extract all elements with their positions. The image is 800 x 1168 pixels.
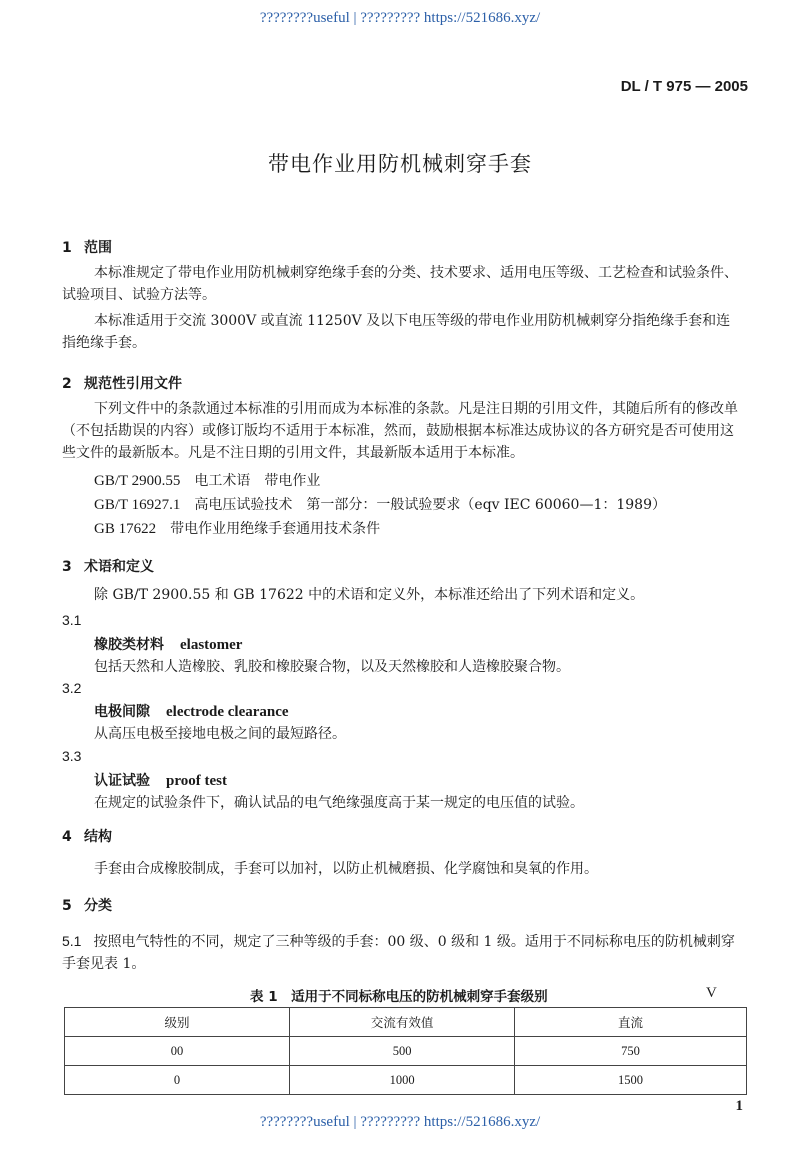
table-cell: 750 bbox=[515, 1037, 747, 1066]
section-3-heading: 3术语和定义 bbox=[62, 556, 154, 576]
section-number: 2 bbox=[62, 376, 84, 392]
term-en: electrode clearance bbox=[166, 704, 289, 720]
reference-code: GB 17622 bbox=[94, 521, 156, 538]
section-number: 4 bbox=[62, 829, 84, 845]
section-4-paragraph: 手套由合成橡胶制成，手套可以加衬，以防止机械磨损、化学腐蚀和臭氧的作用。 bbox=[62, 858, 744, 880]
term-zh: 橡胶类材料 bbox=[94, 637, 164, 653]
section-title: 结构 bbox=[84, 829, 112, 845]
table-header-row: 级别 交流有效值 直流 bbox=[65, 1008, 747, 1037]
reference-item: GB 17622带电作业用绝缘手套通用技术条件 bbox=[94, 518, 380, 538]
table-unit: V bbox=[706, 985, 717, 1002]
term-heading: 橡胶类材料elastomer bbox=[94, 634, 242, 654]
section-number: 5 bbox=[62, 898, 84, 914]
table-caption: 表 1 适用于不同标称电压的防机械刺穿手套级别 bbox=[250, 985, 548, 1005]
reference-code: GB/T 2900.55 bbox=[94, 473, 180, 490]
section-3-paragraph: 除 GB/T 2900.55 和 GB 17622 中的术语和定义外，本标准还给… bbox=[62, 584, 744, 606]
voltage-class-table: 级别 交流有效值 直流 00 500 750 0 1000 1500 bbox=[64, 1007, 747, 1095]
term-heading: 电极间隙electrode clearance bbox=[94, 701, 289, 721]
table-cell: 1500 bbox=[515, 1066, 747, 1095]
term-definition: 在规定的试验条件下，确认试品的电气绝缘强度高于某一规定的电压值的试验。 bbox=[94, 792, 584, 812]
standard-code: DL / T 975 — 2005 bbox=[621, 78, 748, 95]
reference-item: GB/T 2900.55电工术语 带电作业 bbox=[94, 470, 320, 490]
document-title: 带电作业用防机械刺穿手套 bbox=[0, 148, 800, 178]
term-number: 3.3 bbox=[62, 748, 81, 764]
table-header-cell: 级别 bbox=[65, 1008, 290, 1037]
section-number: 1 bbox=[62, 240, 84, 256]
term-en: elastomer bbox=[180, 637, 242, 653]
term-number: 3.2 bbox=[62, 680, 81, 696]
subsection-text: 按照电气特性的不同，规定了三种等级的手套：00 级、0 级和 1 级。适用于不同… bbox=[62, 934, 735, 972]
section-2-heading: 2规范性引用文件 bbox=[62, 373, 182, 393]
section-title: 术语和定义 bbox=[84, 559, 154, 575]
section-title: 分类 bbox=[84, 898, 112, 914]
reference-item: GB/T 16927.1高电压试验技术 第一部分：一般试验要求（eqv IEC … bbox=[94, 494, 666, 514]
page-number: 1 bbox=[736, 1098, 744, 1115]
section-number: 3 bbox=[62, 559, 84, 575]
term-zh: 电极间隙 bbox=[94, 704, 150, 720]
term-definition: 包括天然和人造橡胶、乳胶和橡胶聚合物，以及天然橡胶和人造橡胶聚合物。 bbox=[94, 656, 570, 676]
table-cell: 0 bbox=[65, 1066, 290, 1095]
reference-title: 电工术语 带电作业 bbox=[194, 473, 320, 489]
section-5-heading: 5分类 bbox=[62, 895, 112, 915]
section-title: 规范性引用文件 bbox=[84, 376, 182, 392]
table-cell: 1000 bbox=[290, 1066, 515, 1095]
table-cell: 500 bbox=[290, 1037, 515, 1066]
table-row: 00 500 750 bbox=[65, 1037, 747, 1066]
section-title: 范围 bbox=[84, 240, 112, 256]
section-1-paragraph-1: 本标准规定了带电作业用防机械刺穿绝缘手套的分类、技术要求、适用电压等级、工艺检查… bbox=[62, 262, 744, 306]
reference-title: 带电作业用绝缘手套通用技术条件 bbox=[170, 521, 380, 537]
reference-title: 高电压试验技术 第一部分：一般试验要求（eqv IEC 60060—1：1989… bbox=[194, 497, 666, 513]
term-heading: 认证试验proof test bbox=[94, 770, 227, 790]
watermark-bottom: ????????useful | ????????? https://52168… bbox=[0, 1114, 800, 1131]
subsection-number: 5.1 bbox=[62, 933, 81, 949]
watermark-top: ????????useful | ????????? https://52168… bbox=[0, 10, 800, 27]
section-2-paragraph: 下列文件中的条款通过本标准的引用而成为本标准的条款。凡是注日期的引用文件，其随后… bbox=[62, 398, 744, 464]
term-zh: 认证试验 bbox=[94, 773, 150, 789]
section-1-paragraph-2: 本标准适用于交流 3000V 或直流 11250V 及以下电压等级的带电作业用防… bbox=[62, 310, 744, 354]
section-1-heading: 1范围 bbox=[62, 237, 112, 257]
table-header-cell: 直流 bbox=[515, 1008, 747, 1037]
table-cell: 00 bbox=[65, 1037, 290, 1066]
term-en: proof test bbox=[166, 773, 227, 789]
term-definition: 从高压电极至接地电极之间的最短路径。 bbox=[94, 723, 346, 743]
table-row: 0 1000 1500 bbox=[65, 1066, 747, 1095]
reference-code: GB/T 16927.1 bbox=[94, 497, 180, 514]
table-header-cell: 交流有效值 bbox=[290, 1008, 515, 1037]
term-number: 3.1 bbox=[62, 612, 81, 628]
section-4-heading: 4结构 bbox=[62, 826, 112, 846]
section-5-1-paragraph: 5.1按照电气特性的不同，规定了三种等级的手套：00 级、0 级和 1 级。适用… bbox=[62, 930, 744, 975]
